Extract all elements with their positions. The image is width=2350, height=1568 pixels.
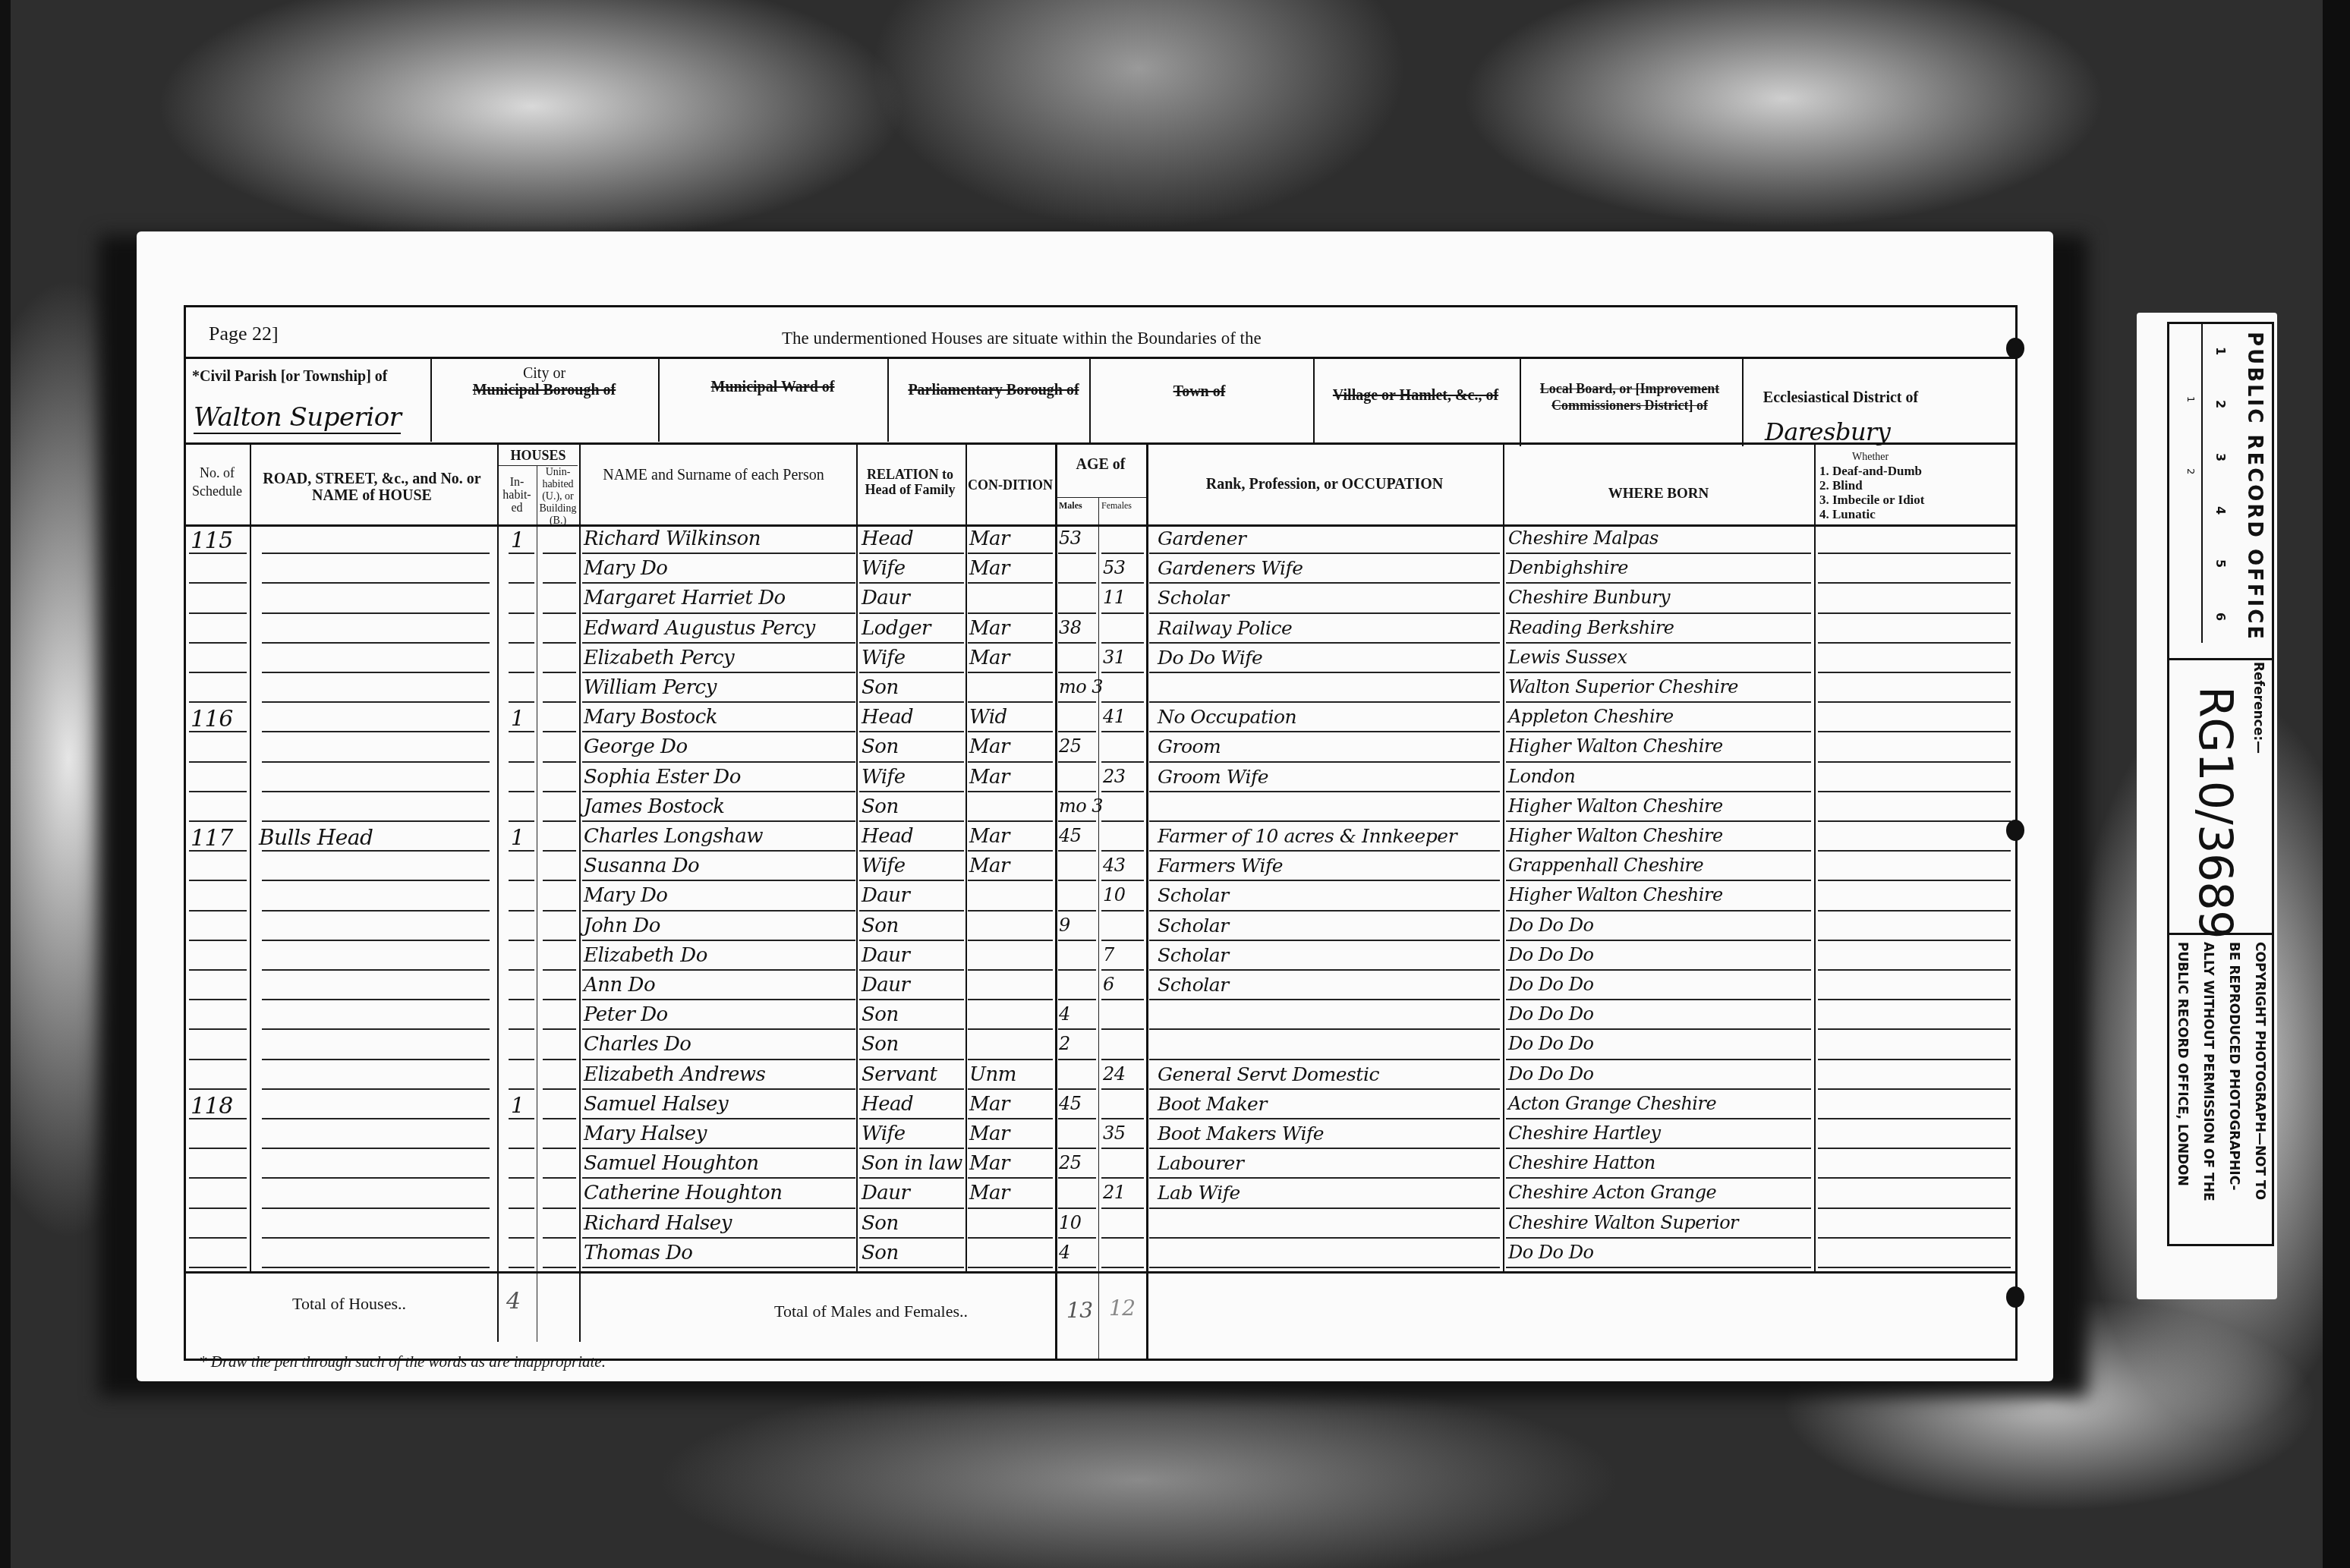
row-rule	[543, 1267, 576, 1268]
row-rule	[509, 1177, 534, 1179]
row-rule	[1818, 940, 2011, 941]
row-rule	[1149, 1237, 1500, 1239]
row-rule	[1506, 553, 1811, 554]
cell-born: Lewis Sussex	[1508, 647, 1627, 668]
row-rule	[189, 791, 247, 792]
cell-schedule: 117	[191, 825, 233, 852]
cell-female-age: 41	[1103, 706, 1126, 727]
row-rule	[1506, 850, 1811, 852]
col-divider	[497, 442, 499, 1342]
row-rule	[1149, 820, 1500, 822]
total-houses-label: Total of Houses..	[292, 1294, 406, 1314]
col-divider	[1503, 442, 1504, 1271]
row-rule	[189, 731, 247, 732]
row-rule	[968, 701, 1053, 703]
row-rule	[1818, 1237, 2011, 1239]
row-rule	[582, 701, 855, 703]
row-rule	[262, 880, 490, 881]
row-rule	[582, 672, 855, 673]
cell-relation: Head	[862, 527, 913, 550]
row-rule	[1506, 642, 1811, 644]
row-rule	[509, 761, 534, 763]
cell-female-age: 6	[1103, 974, 1114, 995]
cell-relation: Wife	[862, 647, 906, 669]
cell-male-age: 45	[1059, 825, 1082, 846]
cell-relation: Daur	[862, 974, 910, 997]
row-rule	[189, 1207, 247, 1209]
row-rule	[262, 999, 490, 1000]
row-rule	[968, 1088, 1053, 1090]
row-rule	[543, 612, 576, 614]
col-header-houses: HOUSES	[497, 447, 579, 464]
cell-occupation: Boot Makers Wife	[1158, 1122, 1324, 1145]
row-rule	[1101, 1088, 1144, 1090]
row-rule	[189, 1177, 247, 1179]
cell-born: London	[1508, 766, 1575, 787]
cell-male-age: 2	[1059, 1033, 1070, 1054]
row-rule	[1506, 612, 1811, 614]
rule	[186, 442, 2015, 445]
col-header-name: NAME and Surname of each Person	[588, 467, 839, 483]
row-rule	[262, 1088, 490, 1090]
row-rule	[1058, 791, 1096, 792]
cell-born: Cheshire Walton Superior	[1508, 1212, 1738, 1233]
page-number: Page 22]	[209, 323, 279, 345]
total-males-value: 13	[1066, 1298, 1093, 1323]
row-rule	[1101, 1148, 1144, 1149]
row-rule	[1149, 880, 1500, 881]
row-rule	[543, 1059, 576, 1060]
row-rule	[1058, 1088, 1096, 1090]
row-rule	[1818, 553, 2011, 554]
cell-male-age: 38	[1059, 617, 1082, 638]
cell-occupation: Scholar	[1158, 587, 1229, 609]
row-rule	[262, 701, 490, 703]
cell-name: Mary Halsey	[584, 1122, 707, 1145]
row-rule	[1058, 1028, 1096, 1030]
row-rule	[1058, 999, 1096, 1000]
cell-name: Mary Do	[584, 557, 668, 580]
cell-occupation: No Occupation	[1158, 706, 1296, 728]
row-rule	[1149, 1118, 1500, 1119]
cell-relation: Son	[862, 735, 899, 758]
row-rule	[1101, 582, 1144, 584]
row-rule	[1149, 910, 1500, 912]
rule	[186, 524, 2015, 527]
row-rule	[859, 880, 964, 881]
row-rule	[189, 672, 247, 673]
row-rule	[509, 582, 534, 584]
row-rule	[1818, 1177, 2011, 1179]
row-rule	[509, 701, 534, 703]
row-rule	[968, 1207, 1053, 1209]
row-rule	[859, 731, 964, 732]
row-rule	[1818, 969, 2011, 971]
binding-hole	[2006, 820, 2024, 841]
row-rule	[262, 791, 490, 792]
row-rule	[1818, 1028, 2011, 1030]
row-rule	[189, 820, 247, 822]
row-rule	[1818, 1088, 2011, 1090]
row-rule	[262, 582, 490, 584]
row-rule	[968, 880, 1053, 881]
row-rule	[1506, 999, 1811, 1000]
col-header-where-born: WHERE BORN	[1503, 486, 1814, 502]
binding-hole	[2006, 1286, 2024, 1308]
row-rule	[509, 672, 534, 673]
row-rule	[1101, 940, 1144, 941]
row-rule	[1506, 672, 1811, 673]
cell-name: Samuel Houghton	[584, 1152, 759, 1175]
row-rule	[509, 1267, 534, 1268]
row-rule	[859, 612, 964, 614]
row-rule	[509, 1237, 534, 1239]
row-rule	[1149, 612, 1500, 614]
row-rule	[189, 940, 247, 941]
cell-female-age: 53	[1103, 557, 1126, 578]
row-rule	[1101, 969, 1144, 971]
cell-born: Do Do Do	[1508, 1063, 1593, 1085]
row-rule	[582, 731, 855, 732]
cell-occupation: General Servt Domestic	[1158, 1063, 1379, 1085]
row-rule	[1149, 1267, 1500, 1268]
cell-occupation: Groom Wife	[1158, 766, 1268, 788]
row-rule	[189, 1088, 247, 1090]
row-rule	[1818, 642, 2011, 644]
cell-female-age: 23	[1103, 766, 1126, 787]
row-rule	[1058, 1207, 1096, 1209]
row-rule	[1149, 850, 1500, 852]
row-rule	[262, 940, 490, 941]
row-rule	[582, 880, 855, 881]
cell-female-age: 43	[1103, 855, 1126, 876]
cell-name: George Do	[584, 735, 688, 758]
row-rule	[509, 1207, 534, 1209]
cell-condition: Mar	[969, 557, 1010, 580]
row-rule	[509, 969, 534, 971]
row-rule	[582, 1148, 855, 1149]
row-rule	[859, 791, 964, 792]
row-rule	[1506, 731, 1811, 732]
row-rule	[1149, 731, 1500, 732]
film-edge-left	[0, 0, 11, 1568]
cell-female-age: 10	[1103, 884, 1126, 905]
row-rule	[1149, 969, 1500, 971]
scale-3: 3	[2213, 453, 2228, 461]
row-rule	[1818, 820, 2011, 822]
cell-inhabited: 1	[511, 1093, 524, 1118]
cell-occupation: Farmer of 10 acres & Innkeeper	[1158, 825, 1457, 847]
row-rule	[1058, 612, 1096, 614]
cell-male-age: 10	[1059, 1212, 1082, 1233]
row-rule	[543, 1237, 576, 1239]
col-divider	[966, 442, 967, 1271]
row-rule	[968, 820, 1053, 822]
cell-male-age: mo 3	[1059, 795, 1103, 817]
row-rule	[262, 1028, 490, 1030]
cell-name: Catherine Houghton	[584, 1182, 782, 1204]
row-rule	[509, 940, 534, 941]
cell-born: Reading Berkshire	[1508, 617, 1674, 638]
cell-name: Charles Longshaw	[584, 825, 763, 848]
row-rule	[1506, 761, 1811, 763]
row-rule	[1506, 880, 1811, 881]
cell-condition: Mar	[969, 735, 1010, 758]
row-rule	[1818, 761, 2011, 763]
row-rule	[262, 820, 490, 822]
row-rule	[859, 1237, 964, 1239]
row-rule	[968, 582, 1053, 584]
cell-name: Margaret Harriet Do	[584, 587, 786, 609]
cell-born: Do Do Do	[1508, 1242, 1593, 1263]
cell-relation: Lodger	[862, 617, 931, 640]
cell-occupation: Gardeners Wife	[1158, 557, 1303, 579]
cell-condition: Mar	[969, 766, 1010, 789]
row-rule	[968, 1267, 1053, 1268]
cell-born: Higher Walton Cheshire	[1508, 735, 1723, 757]
cell-relation: Son	[862, 1003, 899, 1026]
row-rule	[189, 582, 247, 584]
row-rule	[1101, 880, 1144, 881]
row-rule	[1058, 1177, 1096, 1179]
cell-born: Appleton Cheshire	[1508, 706, 1674, 727]
divider	[887, 357, 889, 442]
cell-schedule: 118	[191, 1093, 233, 1119]
row-rule	[1058, 880, 1096, 881]
row-rule	[1506, 1118, 1811, 1119]
cell-name: Peter Do	[584, 1003, 668, 1026]
cell-occupation: Do Do Wife	[1158, 647, 1262, 669]
copyright-line-3: ALLY WITHOUT PERMISSION OF THE	[2200, 942, 2216, 1201]
row-rule	[189, 1267, 247, 1268]
row-rule	[582, 1059, 855, 1060]
row-rule	[1149, 1207, 1500, 1209]
cell-condition: Mar	[969, 1122, 1010, 1145]
village-label: Village or Hamlet, &c., of	[1313, 387, 1518, 404]
row-rule	[582, 1267, 855, 1268]
cell-born: Cheshire Acton Grange	[1508, 1182, 1716, 1203]
cell-male-age: 25	[1059, 735, 1082, 757]
row-rule	[543, 701, 576, 703]
cell-relation: Head	[862, 706, 913, 729]
row-rule	[262, 761, 490, 763]
row-rule	[1149, 553, 1500, 554]
row-rule	[1058, 910, 1096, 912]
row-rule	[968, 1237, 1053, 1239]
inch-mark-2: 2	[2185, 468, 2196, 474]
row-rule	[1506, 1088, 1811, 1090]
cell-male-age: 4	[1059, 1003, 1070, 1025]
row-rule	[189, 642, 247, 644]
row-rule	[859, 642, 964, 644]
row-rule	[1101, 1118, 1144, 1119]
col-header-road: ROAD, STREET, &c., and No. or NAME of HO…	[258, 471, 486, 504]
civil-parish-value: Walton Superior	[194, 402, 401, 434]
row-rule	[859, 820, 964, 822]
row-rule	[859, 910, 964, 912]
row-rule	[582, 582, 855, 584]
row-rule	[582, 553, 855, 554]
cell-name: James Bostock	[584, 795, 725, 818]
row-rule	[968, 940, 1053, 941]
col-header-occupation: Rank, Profession, or OCCUPATION	[1146, 476, 1503, 493]
cell-born: Higher Walton Cheshire	[1508, 825, 1723, 846]
row-rule	[1506, 582, 1811, 584]
row-rule	[1101, 1059, 1144, 1060]
row-rule	[509, 880, 534, 881]
cell-relation: Daur	[862, 1182, 910, 1204]
row-rule	[1058, 820, 1096, 822]
cell-born: Denbighshire	[1508, 557, 1628, 578]
row-rule	[262, 1148, 490, 1149]
cell-born: Cheshire Bunbury	[1508, 587, 1670, 608]
row-rule	[582, 1177, 855, 1179]
census-form: Page 22] The undermentioned Houses are s…	[184, 305, 2018, 1361]
cell-condition: Mar	[969, 617, 1010, 640]
row-rule	[968, 553, 1053, 554]
row-rule	[968, 791, 1053, 792]
reference-strip: PUBLIC RECORD OFFICE 1 2 3 4 5 6 1 2 Ref…	[2137, 313, 2277, 1299]
row-rule	[509, 612, 534, 614]
row-rule	[543, 1207, 576, 1209]
total-persons-label: Total of Males and Females..	[774, 1302, 968, 1321]
copyright-box: COPYRIGHT PHOTOGRAPH—NOT TO BE REPRODUCE…	[2167, 933, 2274, 1246]
row-rule	[859, 850, 964, 852]
copyright-line-4: PUBLIC RECORD OFFICE, LONDON	[2175, 942, 2190, 1186]
row-rule	[1149, 1148, 1500, 1149]
cell-relation: Wife	[862, 855, 906, 877]
row-rule	[262, 672, 490, 673]
rule	[1057, 497, 1146, 498]
total-houses-value: 4	[506, 1288, 521, 1315]
cell-occupation: Labourer	[1158, 1152, 1243, 1174]
cell-relation: Servant	[862, 1063, 937, 1086]
row-rule	[582, 1118, 855, 1119]
cell-relation: Wife	[862, 766, 906, 789]
ruler-box: PUBLIC RECORD OFFICE 1 2 3 4 5 6 1 2	[2167, 322, 2274, 660]
cell-male-age: 4	[1059, 1242, 1070, 1263]
row-rule	[582, 999, 855, 1000]
row-rule	[859, 1177, 964, 1179]
row-rule	[509, 850, 534, 852]
col-divider	[1098, 497, 1099, 1359]
cell-name: Elizabeth Do	[584, 944, 707, 967]
cell-relation: Son	[862, 1033, 899, 1056]
row-rule	[582, 820, 855, 822]
row-rule	[543, 1177, 576, 1179]
row-rule	[1818, 1118, 2011, 1119]
row-rule	[1506, 1237, 1811, 1239]
municipal-ward-label: Municipal Ward of	[658, 379, 887, 395]
cell-born: Grappenhall Cheshire	[1508, 855, 1703, 876]
row-rule	[968, 999, 1053, 1000]
copyright-line-1: COPYRIGHT PHOTOGRAPH—NOT TO	[2252, 942, 2267, 1200]
row-rule	[509, 820, 534, 822]
scale-cells: 1 2 3 4 5 6	[2203, 324, 2239, 643]
row-rule	[1058, 731, 1096, 732]
row-rule	[189, 1237, 247, 1239]
row-rule	[509, 1148, 534, 1149]
row-rule	[1818, 672, 2011, 673]
col-header-whether-2: 2. Blind	[1819, 478, 1863, 493]
row-rule	[1101, 642, 1144, 644]
cell-relation: Wife	[862, 1122, 906, 1145]
row-rule	[543, 910, 576, 912]
row-rule	[1058, 553, 1096, 554]
cell-relation: Son	[862, 915, 899, 937]
cell-male-age: 53	[1059, 527, 1082, 549]
cell-relation: Son	[862, 676, 899, 699]
row-rule	[543, 1028, 576, 1030]
cell-occupation: Gardener	[1158, 527, 1246, 549]
cell-occupation: Railway Police	[1158, 617, 1292, 639]
scale-1: 1	[2213, 347, 2228, 355]
cell-relation: Daur	[862, 944, 910, 967]
row-rule	[1818, 1267, 2011, 1268]
row-rule	[582, 940, 855, 941]
col-divider	[579, 442, 581, 1342]
row-rule	[509, 1059, 534, 1060]
row-rule	[189, 553, 247, 554]
total-females-value: 12	[1109, 1296, 1136, 1321]
scale-5: 5	[2213, 559, 2228, 568]
row-rule	[859, 1207, 964, 1209]
cell-condition: Mar	[969, 855, 1010, 877]
row-rule	[543, 1148, 576, 1149]
row-rule	[543, 761, 576, 763]
row-rule	[543, 582, 576, 584]
row-rule	[262, 1267, 490, 1268]
cell-name: Richard Wilkinson	[584, 527, 761, 550]
row-rule	[582, 761, 855, 763]
row-rule	[1101, 731, 1144, 732]
row-rule	[859, 1148, 964, 1149]
row-rule	[968, 761, 1053, 763]
cell-occupation: Scholar	[1158, 974, 1229, 996]
row-rule	[1149, 940, 1500, 941]
row-rule	[1506, 969, 1811, 971]
row-rule	[189, 969, 247, 971]
cell-name: Charles Do	[584, 1033, 691, 1056]
row-rule	[262, 1059, 490, 1060]
cell-occupation: Scholar	[1158, 884, 1229, 906]
cell-born: Cheshire Hartley	[1508, 1122, 1661, 1144]
row-rule	[1101, 672, 1144, 673]
cell-occupation: Groom	[1158, 735, 1221, 757]
local-board-label: Local Board, or [Improvement Commissione…	[1520, 380, 1740, 414]
row-rule	[582, 1088, 855, 1090]
row-rule	[1101, 820, 1144, 822]
row-rule	[1506, 791, 1811, 792]
cell-inhabited: 1	[511, 825, 524, 850]
row-rule	[509, 553, 534, 554]
row-rule	[1101, 553, 1144, 554]
col-header-inhabited: In-habit-ed	[497, 476, 537, 515]
row-rule	[1818, 1207, 2011, 1209]
row-rule	[968, 969, 1053, 971]
row-rule	[543, 820, 576, 822]
cell-born: Do Do Do	[1508, 1033, 1593, 1054]
row-rule	[1149, 582, 1500, 584]
row-rule	[189, 910, 247, 912]
row-rule	[1058, 672, 1096, 673]
row-rule	[1058, 1237, 1096, 1239]
col-divider	[1146, 442, 1148, 1359]
row-rule	[1818, 1148, 2011, 1149]
row-rule	[543, 791, 576, 792]
row-rule	[859, 1088, 964, 1090]
row-rule	[509, 642, 534, 644]
